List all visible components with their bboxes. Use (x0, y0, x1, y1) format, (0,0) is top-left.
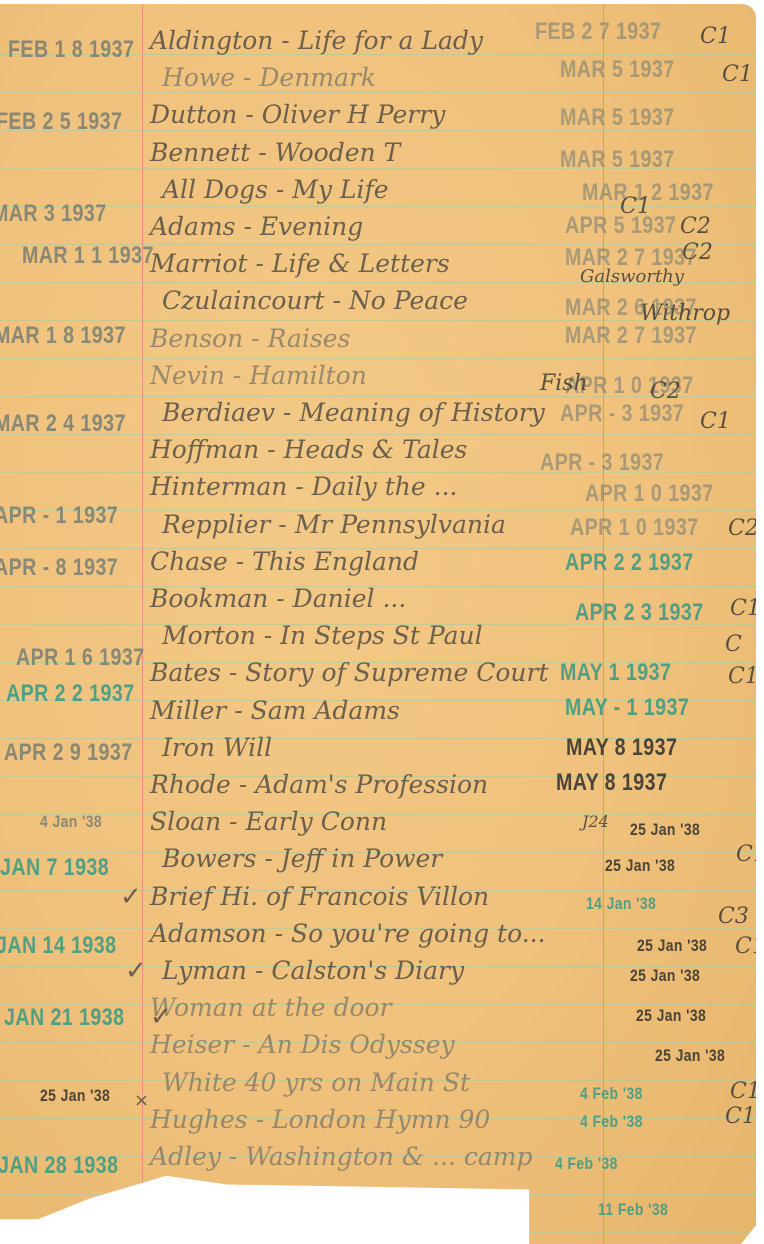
date-stamp: MAR 2 7 1937 (565, 322, 697, 350)
date-stamp: APR - 3 1937 (540, 449, 664, 477)
circulation-entry: Adams - Evening (150, 212, 363, 241)
date-stamp: 25 Jan '38 (630, 966, 700, 986)
date-stamp: 25 Jan '38 (637, 936, 707, 956)
date-stamp: APR - 8 1937 (0, 554, 118, 582)
date-stamp: FEB 2 5 1937 (0, 108, 122, 136)
date-stamp: MAR 3 1937 (0, 200, 107, 228)
circulation-entry: Bowers - Jeff in Power (162, 844, 442, 873)
circulation-entry: Sloan - Early Conn (150, 807, 387, 836)
date-stamp: 25 Jan '38 (636, 1006, 706, 1026)
circulation-entry: Hoffman - Heads & Tales (150, 435, 467, 464)
margin-note: C (725, 632, 742, 657)
check-mark-icon: ✓ (120, 882, 142, 912)
date-stamp: APR 2 9 1937 (4, 739, 133, 767)
date-stamp: MAR 2 4 1937 (0, 410, 126, 438)
date-stamp: MAR 5 1937 (560, 56, 675, 84)
left-margin-line (142, 4, 143, 1244)
circulation-entry: Berdiaev - Meaning of History (162, 398, 545, 427)
date-stamp: FEB 2 7 1937 (535, 18, 661, 46)
circulation-entry: Howe - Denmark (162, 63, 376, 92)
rule-line (0, 92, 756, 93)
date-stamp: JAN 14 1938 (0, 932, 116, 960)
circulation-entry: Brief Hi. of Francois Villon (150, 882, 489, 911)
date-stamp: MAY 8 1937 (556, 769, 667, 797)
date-stamp: MAY 1 1937 (560, 659, 671, 687)
date-stamp: MAR 1 8 1937 (0, 322, 126, 350)
margin-note: C2 (650, 379, 681, 404)
circulation-entry: Woman at the door (150, 993, 392, 1022)
circulation-entry: Chase - This England (150, 547, 419, 576)
date-stamp: APR 1 6 1937 (16, 644, 145, 672)
circulation-entry: Iron Will (162, 733, 272, 762)
date-stamp: APR 2 2 1937 (6, 680, 135, 708)
margin-note: C1 (725, 1104, 756, 1129)
circulation-entry: Bennett - Wooden T (150, 138, 400, 167)
margin-note: C2 (728, 516, 759, 541)
date-stamp: JAN 7 1938 (0, 854, 109, 882)
circulation-entry: White 40 yrs on Main St (162, 1068, 470, 1097)
circulation-entry: Adley - Washington & ... camp (150, 1142, 533, 1171)
rule-line (0, 1232, 756, 1233)
date-stamp: FEB 1 8 1937 (8, 36, 134, 64)
date-stamp: APR 2 2 1937 (565, 549, 694, 577)
date-stamp: JAN 28 1938 (0, 1152, 118, 1180)
date-stamp: 4 Feb '38 (580, 1084, 643, 1104)
circulation-entry: Aldington - Life for a Lady (150, 26, 483, 55)
margin-note: J24 (582, 812, 609, 831)
circulation-entry: Nevin - Hamilton (150, 361, 367, 390)
circulation-entry: Hinterman - Daily the ... (150, 472, 457, 501)
date-stamp: APR 1 0 1937 (570, 514, 699, 542)
date-stamp: 4 Feb '38 (580, 1112, 643, 1132)
margin-note: C2 (682, 240, 713, 265)
margin-note: C2 (680, 214, 711, 239)
date-stamp: 25 Jan '38 (40, 1086, 110, 1106)
margin-note: C1 (730, 1079, 761, 1104)
margin-note: Withrop (640, 301, 730, 326)
circulation-entry: Rhode - Adam's Profession (150, 770, 488, 799)
margin-note: C1 (700, 24, 731, 49)
circulation-entry: Dutton - Oliver H Perry (150, 100, 445, 129)
margin-note: C1 (730, 596, 761, 621)
circulation-entry: Bates - Story of Supreme Court (150, 658, 549, 687)
date-stamp: APR - 1 1937 (0, 502, 118, 530)
date-stamp: 25 Jan '38 (630, 820, 700, 840)
margin-note: C1 (736, 842, 764, 867)
circulation-entry: Bookman - Daniel ... (150, 584, 406, 613)
circulation-entry: All Dogs - My Life (162, 175, 389, 204)
date-stamp: MAY - 1 1937 (565, 694, 689, 722)
date-stamp: 4 Feb '38 (555, 1154, 618, 1174)
date-stamp: 4 Jan '38 (40, 812, 102, 832)
rule-line (0, 358, 756, 359)
circulation-entry: Benson - Raises (150, 324, 350, 353)
date-stamp: APR - 3 1937 (560, 400, 684, 428)
check-mark-icon: ✓ (150, 1002, 172, 1032)
date-stamp: 14 Jan '38 (586, 894, 656, 914)
date-stamp: 11 Feb '38 (598, 1200, 668, 1220)
margin-note: Galsworthy (580, 266, 684, 287)
margin-note: C1 (620, 194, 651, 219)
date-stamp: APR 1 0 1937 (585, 480, 714, 508)
circulation-entry: Lyman - Calston's Diary (162, 956, 464, 985)
date-stamp: MAR 5 1937 (560, 146, 675, 174)
date-due-card: FEB 1 8 1937FEB 2 5 1937MAR 3 1937MAR 1 … (0, 4, 756, 1244)
circulation-entry: Czulaincourt - No Peace (162, 286, 468, 315)
date-stamp: JAN 21 1938 (4, 1004, 124, 1032)
circulation-entry: Repplier - Mr Pennsylvania (162, 510, 506, 539)
date-stamp: MAY 8 1937 (566, 734, 677, 762)
check-mark-icon: × (134, 1090, 149, 1111)
margin-note: C1 (735, 934, 764, 959)
circulation-entry: Miller - Sam Adams (150, 696, 400, 725)
date-stamp: MAR 5 1937 (560, 104, 675, 132)
circulation-entry: Adamson - So you're going to... (150, 919, 546, 948)
date-stamp: 25 Jan '38 (655, 1046, 725, 1066)
rule-line (0, 1194, 756, 1195)
margin-note: C1 (700, 409, 731, 434)
margin-note: C1 (728, 664, 759, 689)
margin-note: C1 (722, 62, 753, 87)
margin-note: Fish (540, 371, 588, 396)
circulation-entry: Hughes - London Hymn 90 (150, 1105, 490, 1134)
date-stamp: APR 2 3 1937 (575, 599, 704, 627)
date-stamp: MAR 1 1 1937 (22, 242, 154, 270)
check-mark-icon: ✓ (125, 956, 147, 986)
date-stamp: 25 Jan '38 (605, 856, 675, 876)
circulation-entry: Morton - In Steps St Paul (162, 621, 483, 650)
margin-note: C3 (718, 904, 749, 929)
circulation-entry: Marriot - Life & Letters (150, 249, 450, 278)
circulation-entry: Heiser - An Dis Odyssey (150, 1030, 455, 1059)
